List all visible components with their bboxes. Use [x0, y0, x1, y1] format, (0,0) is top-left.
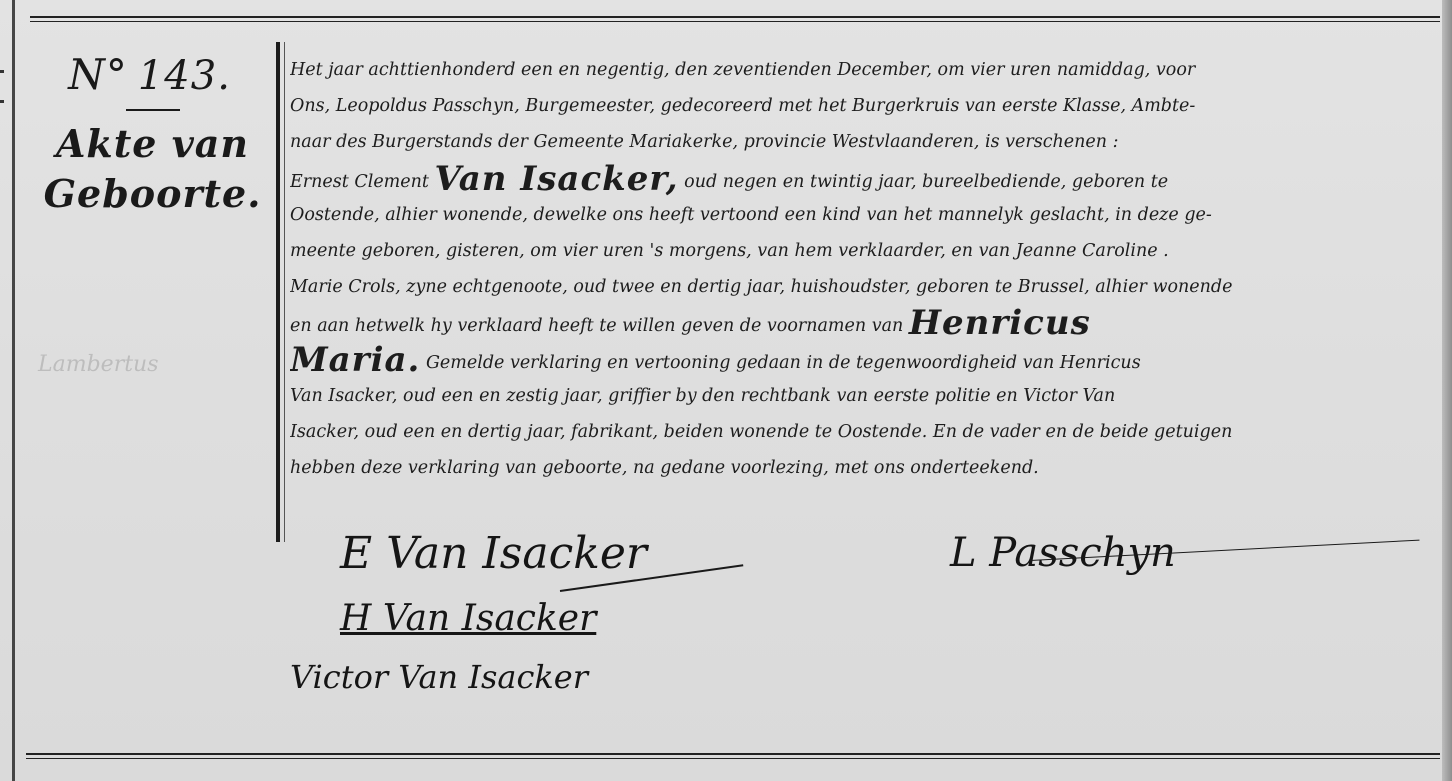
binding-mark — [0, 100, 4, 103]
act-title-line-1: Akte van — [30, 119, 275, 169]
body-line-11: Isacker, oud een en dertig jaar, fabrika… — [290, 414, 1435, 450]
body-line-9: Maria. Gemelde verklaring en vertooning … — [290, 342, 1435, 378]
scanned-document-page: Lambertus N°143. Akte van Geboorte. Het … — [0, 0, 1452, 781]
body-line-8: en aan hetwelk hy verklaard heeft te wil… — [290, 305, 1435, 341]
given-name-emphasis-1: Henricus — [909, 305, 1091, 341]
signature-witness-henricus: H Van Isacker — [340, 598, 596, 639]
signature-mayor: L Passchyn — [950, 530, 1176, 576]
body-line-7: Marie Crols, zyne echtgenoote, oud twee … — [290, 269, 1435, 305]
body-line-4-pre: Ernest Clement — [290, 172, 435, 192]
signature-witness-victor: Victor Van Isacker — [290, 658, 588, 696]
body-line-2: Ons, Leopoldus Passchyn, Burgemeester, g… — [290, 88, 1435, 124]
body-line-5: Oostende, alhier wonende, dewelke ons he… — [290, 197, 1435, 233]
number-prefix: N° — [68, 50, 128, 99]
number-value: 143. — [138, 53, 231, 99]
body-line-10: Van Isacker, oud een en zestig jaar, gri… — [290, 378, 1435, 414]
page-edge-shadow — [1442, 0, 1452, 781]
margin-divider-rule-thin — [284, 42, 285, 542]
surname-emphasis: Van Isacker, — [435, 161, 679, 197]
bleed-through-text: Lambertus — [38, 352, 159, 377]
body-line-1: Het jaar achttienhonderd een en negentig… — [290, 52, 1435, 88]
top-double-rule — [30, 16, 1440, 18]
body-line-8-pre: en aan hetwelk hy verklaard heeft te wil… — [290, 316, 909, 336]
bottom-double-rule — [26, 753, 1440, 755]
body-line-6: meente geboren, gisteren, om vier uren '… — [290, 233, 1435, 269]
body-line-3: naar des Burgerstands der Gemeente Maria… — [290, 124, 1435, 160]
bottom-double-rule-thin — [26, 758, 1440, 759]
short-divider — [126, 109, 180, 111]
signature-father: E Van Isacker — [340, 528, 647, 579]
body-line-9-post: Gemelde verklaring en vertooning gedaan … — [420, 353, 1140, 373]
body-line-4-post: oud negen en twintig jaar, bureelbediend… — [679, 172, 1169, 192]
body-line-12: hebben deze verklaring van geboorte, na … — [290, 450, 1435, 486]
left-margin-rule — [12, 0, 15, 781]
act-title-line-2: Geboorte. — [30, 169, 275, 219]
act-title: Akte van Geboorte. — [30, 119, 275, 219]
body-line-4: Ernest Clement Van Isacker, oud negen en… — [290, 161, 1435, 197]
margin-divider-rule — [276, 42, 280, 542]
top-double-rule-thin — [30, 21, 1440, 22]
record-body: Het jaar achttienhonderd een en negentig… — [290, 52, 1435, 486]
margin-heading: N°143. Akte van Geboorte. — [30, 50, 275, 219]
given-name-emphasis-2: Maria. — [290, 342, 420, 378]
act-number: N°143. — [24, 50, 275, 99]
binding-mark — [0, 70, 4, 73]
